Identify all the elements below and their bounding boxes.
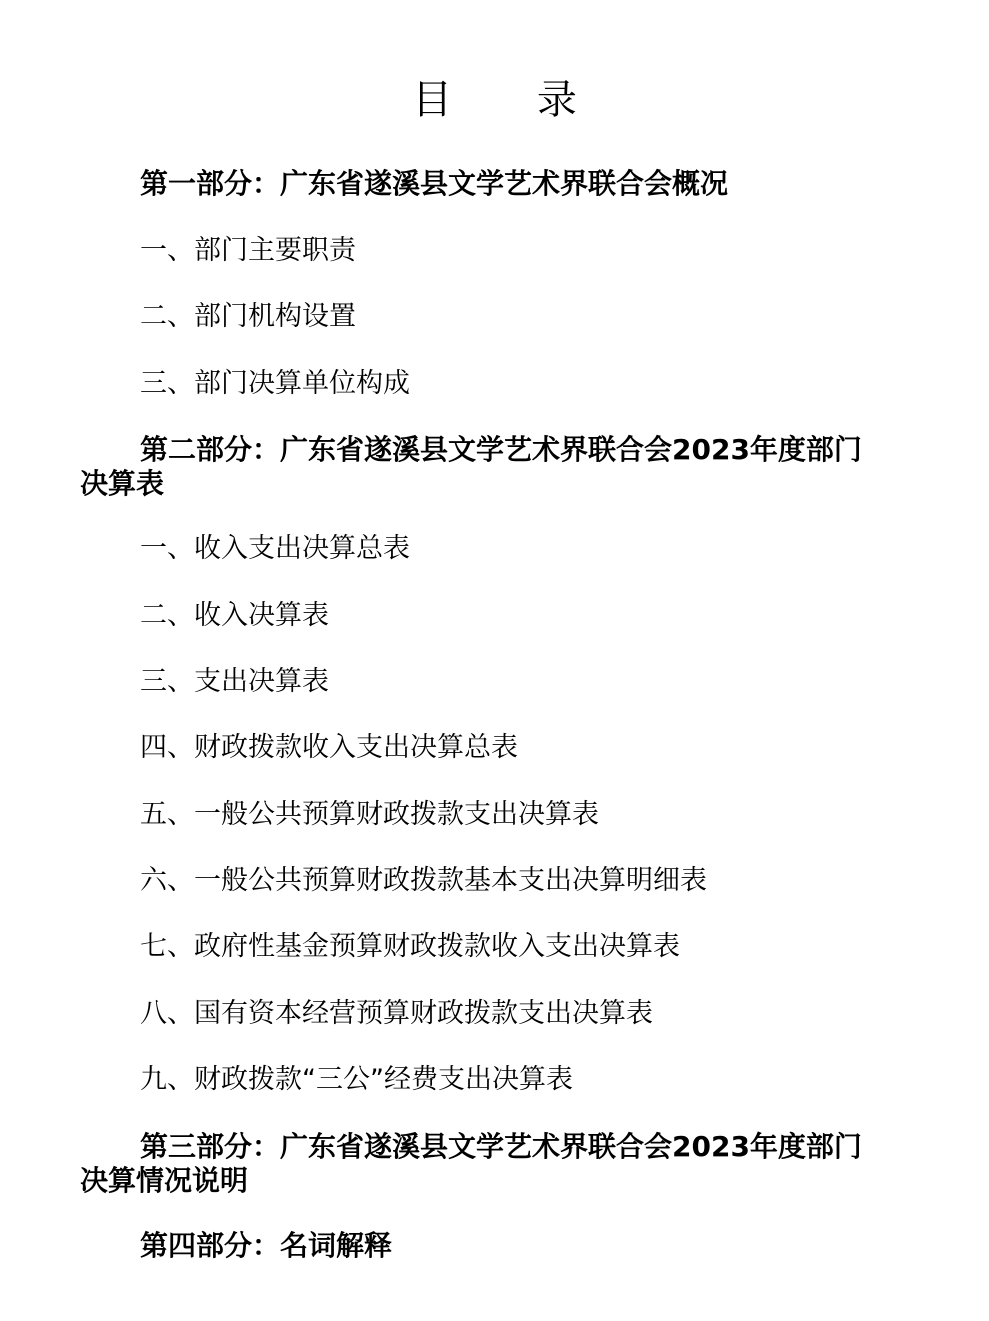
part-4-heading: 第四部分：名词解释 (80, 1229, 870, 1263)
toc-item-label: 八、国有资本经营预算财政拨款支出决算表 (140, 998, 653, 1029)
toc-item: 四、财政拨款收入支出决算总表 (80, 731, 870, 765)
toc-item-label: 五、一般公共预算财政拨款支出决算表 (140, 799, 599, 830)
toc-item: 三、支出决算表 (80, 665, 870, 699)
toc-item: 五、一般公共预算财政拨款支出决算表 (80, 798, 870, 832)
toc-item-label: 二、收入决算表 (140, 600, 329, 631)
toc-item-label: 一、部门主要职责 (140, 235, 356, 266)
toc-item-label: 四、财政拨款收入支出决算总表 (140, 732, 518, 763)
toc-item-label: 一、收入支出决算总表 (140, 533, 410, 564)
page-title: 目 录 (0, 72, 989, 128)
toc-item: 六、一般公共预算财政拨款基本支出决算明细表 (80, 864, 870, 898)
toc-item: 三、部门决算单位构成 (80, 367, 870, 401)
toc-item-label: 三、支出决算表 (140, 666, 329, 697)
toc-item-label: 九、财政拨款“三公”经费支出决算表 (140, 1064, 573, 1095)
toc-item-label: 三、部门决算单位构成 (140, 368, 410, 399)
document-page: 目 录 第一部分：广东省遂溪县文学艺术界联合会概况 一、部门主要职责 二、部门机… (0, 0, 989, 1321)
toc-item: 一、部门主要职责 (80, 234, 870, 268)
toc-item: 一、收入支出决算总表 (80, 532, 870, 566)
toc-item: 二、收入决算表 (80, 599, 870, 633)
toc-item: 九、财政拨款“三公”经费支出决算表 (80, 1063, 870, 1097)
toc-item: 八、国有资本经营预算财政拨款支出决算表 (80, 997, 870, 1031)
toc-item: 七、政府性基金预算财政拨款收入支出决算表 (80, 930, 870, 964)
toc-item-label: 六、一般公共预算财政拨款基本支出决算明细表 (140, 865, 707, 896)
toc-item-label: 七、政府性基金预算财政拨款收入支出决算表 (140, 931, 680, 962)
toc-item-label: 二、部门机构设置 (140, 301, 356, 332)
part-3-heading: 第三部分：广东省遂溪县文学艺术界联合会2023年度部门决算情况说明 (80, 1130, 870, 1198)
part-2-heading: 第二部分：广东省遂溪县文学艺术界联合会2023年度部门决算表 (80, 433, 870, 501)
toc-item: 二、部门机构设置 (80, 300, 870, 334)
part-1-heading: 第一部分：广东省遂溪县文学艺术界联合会概况 (80, 167, 870, 201)
